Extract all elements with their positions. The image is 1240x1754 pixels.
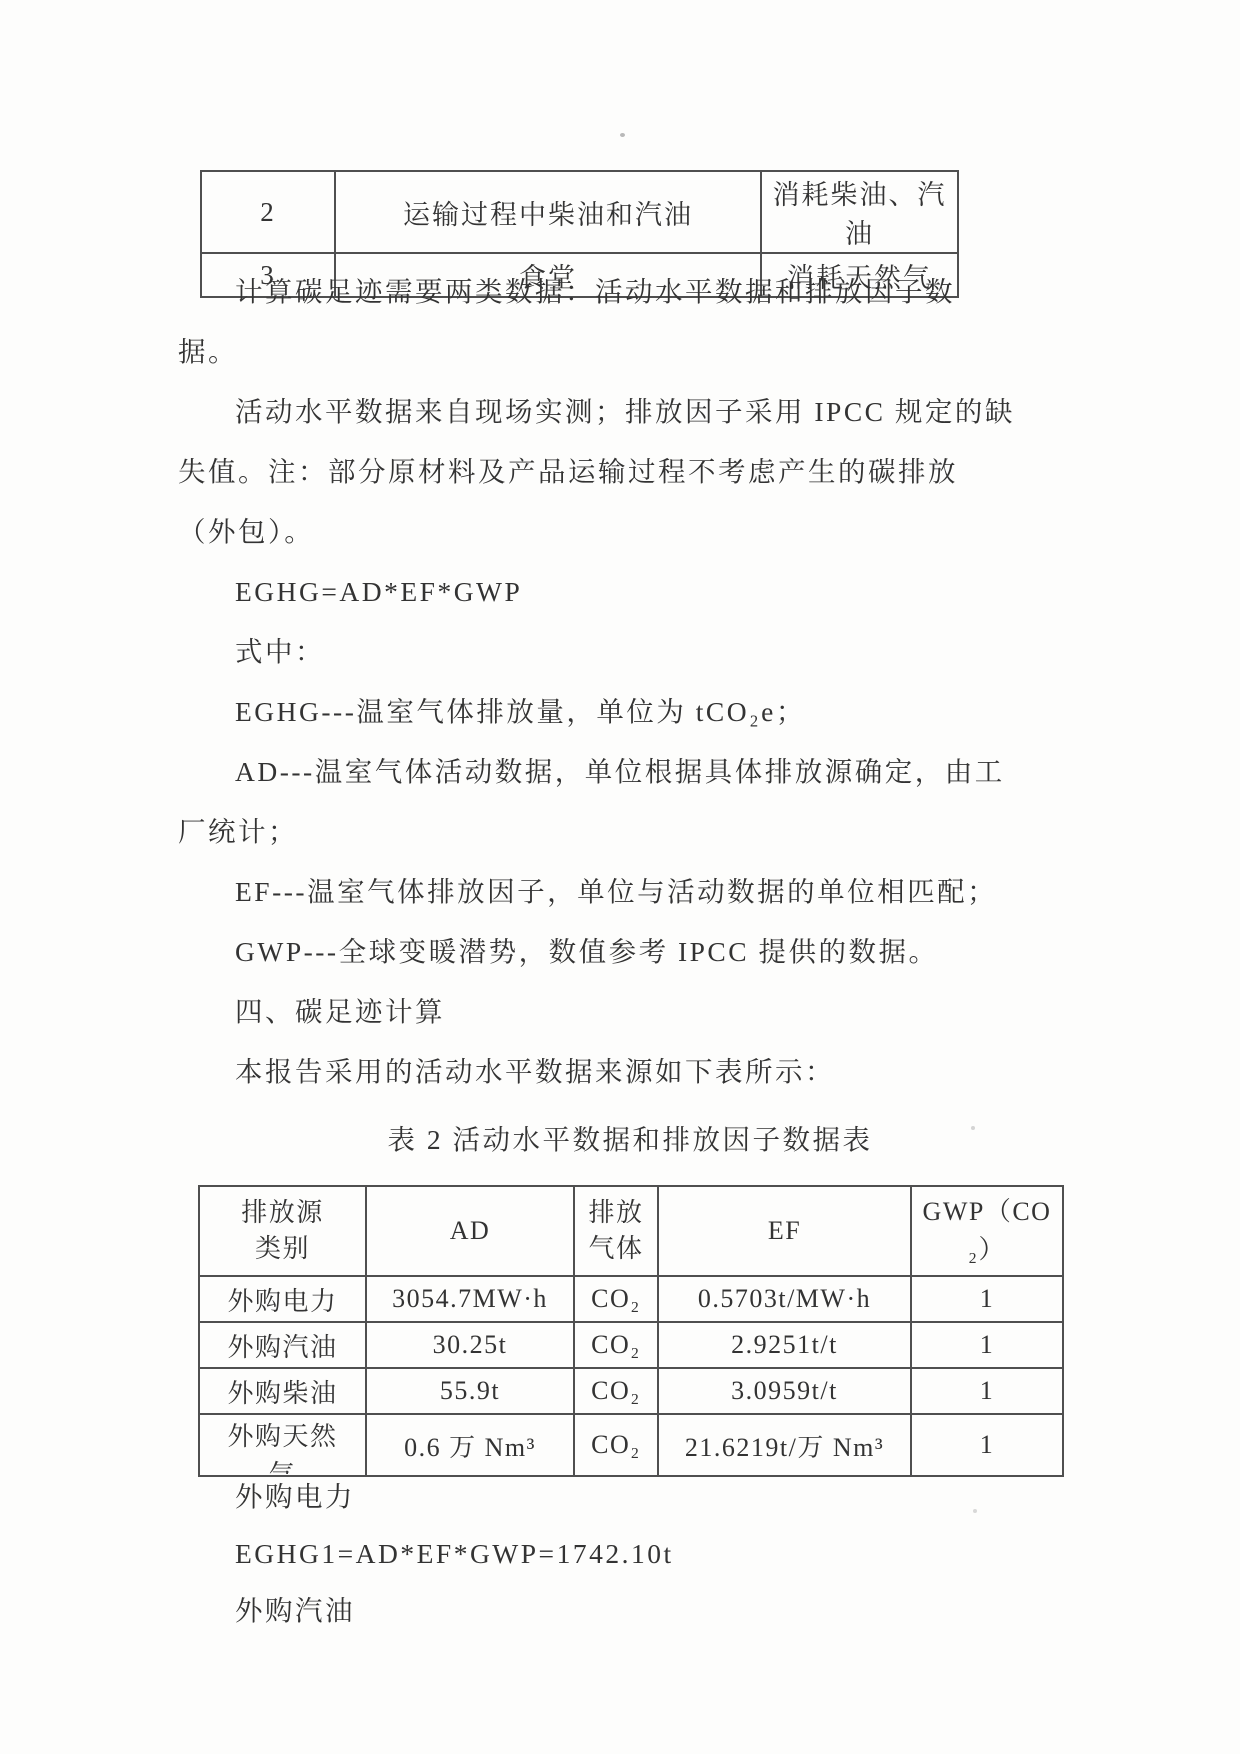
ad-cell: 3054.7MW·h (366, 1276, 574, 1322)
scan-speck (973, 1509, 977, 1513)
ad-cell: 30.25t (366, 1322, 574, 1368)
ad-cell: 0.6 万 Nm³ (366, 1414, 574, 1476)
calc-label-gasoline: 外购汽油 (178, 1582, 1078, 1639)
category-cell: 外购柴油 (199, 1368, 366, 1414)
gwp-cell: 1 (911, 1276, 1063, 1322)
text-line: 计算碳足迹需要两类数据：活动水平数据和排放因子数 (178, 262, 1078, 322)
header-ad: AD (366, 1186, 574, 1276)
text-line: （外包）。 (178, 502, 1078, 562)
scan-speck (971, 1126, 975, 1130)
section-heading: 四、碳足迹计算 (178, 982, 1078, 1042)
consume-cell: 消耗柴油、汽油 (761, 171, 958, 253)
definition-gwp: GWP---全球变暖潜势，数值参考 IPCC 提供的数据。 (178, 922, 1078, 982)
table-header-row: 排放源 类别 AD 排放 气体 EF GWP（CO ₂） (199, 1186, 1063, 1276)
gwp-cell: 1 (911, 1368, 1063, 1414)
header-gwp: GWP（CO ₂） (911, 1186, 1063, 1276)
gas-cell: CO₂ (574, 1322, 658, 1368)
table-row: 2 运输过程中柴油和汽油 消耗柴油、汽油 (201, 171, 958, 253)
formula-eghg: EGHG=AD*EF*GWP (178, 562, 1078, 622)
table-caption: 表 2 活动水平数据和排放因子数据表 (198, 1110, 1062, 1170)
calculation-text: 外购电力 EGHG1=AD*EF*GWP=1742.10t 外购汽油 (178, 1468, 1078, 1639)
gwp-cell: 1 (911, 1414, 1063, 1476)
category-cell: 外购电力 (199, 1276, 366, 1322)
activity-data-table: 排放源 类别 AD 排放 气体 EF GWP（CO ₂） 外购电力 3054.7… (198, 1185, 1064, 1477)
source-cell: 运输过程中柴油和汽油 (335, 171, 761, 253)
gas-cell: CO₂ (574, 1414, 658, 1476)
table-row: 外购天然气 0.6 万 Nm³ CO₂ 21.6219t/万 Nm³ 1 (199, 1414, 1063, 1476)
table-row: 外购电力 3054.7MW·h CO₂ 0.5703t/MW·h 1 (199, 1276, 1063, 1322)
calc-formula-eghg1: EGHG1=AD*EF*GWP=1742.10t (178, 1525, 1078, 1582)
text-line: 式中： (178, 622, 1078, 682)
text-line: 据。 (178, 322, 1078, 382)
definition-eghg: EGHG---温室气体排放量，单位为 tCO₂e； (178, 682, 1078, 742)
definition-ef: EF---温室气体排放因子，单位与活动数据的单位相匹配； (178, 862, 1078, 922)
header-gas: 排放 气体 (574, 1186, 658, 1276)
ef-cell: 2.9251t/t (658, 1322, 911, 1368)
calc-label-electricity: 外购电力 (178, 1468, 1078, 1525)
gwp-cell: 1 (911, 1322, 1063, 1368)
gas-cell: CO₂ (574, 1368, 658, 1414)
row-number-cell: 2 (201, 171, 335, 253)
ef-cell: 0.5703t/MW·h (658, 1276, 911, 1322)
document-page: 2 运输过程中柴油和汽油 消耗柴油、汽油 3 食堂 消耗天然气 计算碳足迹需要两… (0, 0, 1240, 1754)
scan-speck (620, 133, 625, 137)
ad-cell: 55.9t (366, 1368, 574, 1414)
category-cell: 外购汽油 (199, 1322, 366, 1368)
header-ef: EF (658, 1186, 911, 1276)
definition-ad: AD---温室气体活动数据，单位根据具体排放源确定，由工 (178, 742, 1078, 802)
category-cell: 外购天然气 (199, 1414, 366, 1476)
text-line: 活动水平数据来自现场实测；排放因子采用 IPCC 规定的缺 (178, 382, 1078, 442)
text-line: 失值。注：部分原材料及产品运输过程不考虑产生的碳排放 (178, 442, 1078, 502)
category-cell-text: 外购天然气 (222, 1416, 344, 1474)
header-category: 排放源 类别 (199, 1186, 366, 1276)
gas-cell: CO₂ (574, 1276, 658, 1322)
text-line: 厂统计； (178, 802, 1078, 862)
table-row: 外购汽油 30.25t CO₂ 2.9251t/t 1 (199, 1322, 1063, 1368)
table-row: 外购柴油 55.9t CO₂ 3.0959t/t 1 (199, 1368, 1063, 1414)
body-text: 计算碳足迹需要两类数据：活动水平数据和排放因子数 据。 活动水平数据来自现场实测… (178, 262, 1078, 1102)
ef-cell: 3.0959t/t (658, 1368, 911, 1414)
ef-cell: 21.6219t/万 Nm³ (658, 1414, 911, 1476)
text-line: 本报告采用的活动水平数据来源如下表所示： (178, 1042, 1078, 1102)
